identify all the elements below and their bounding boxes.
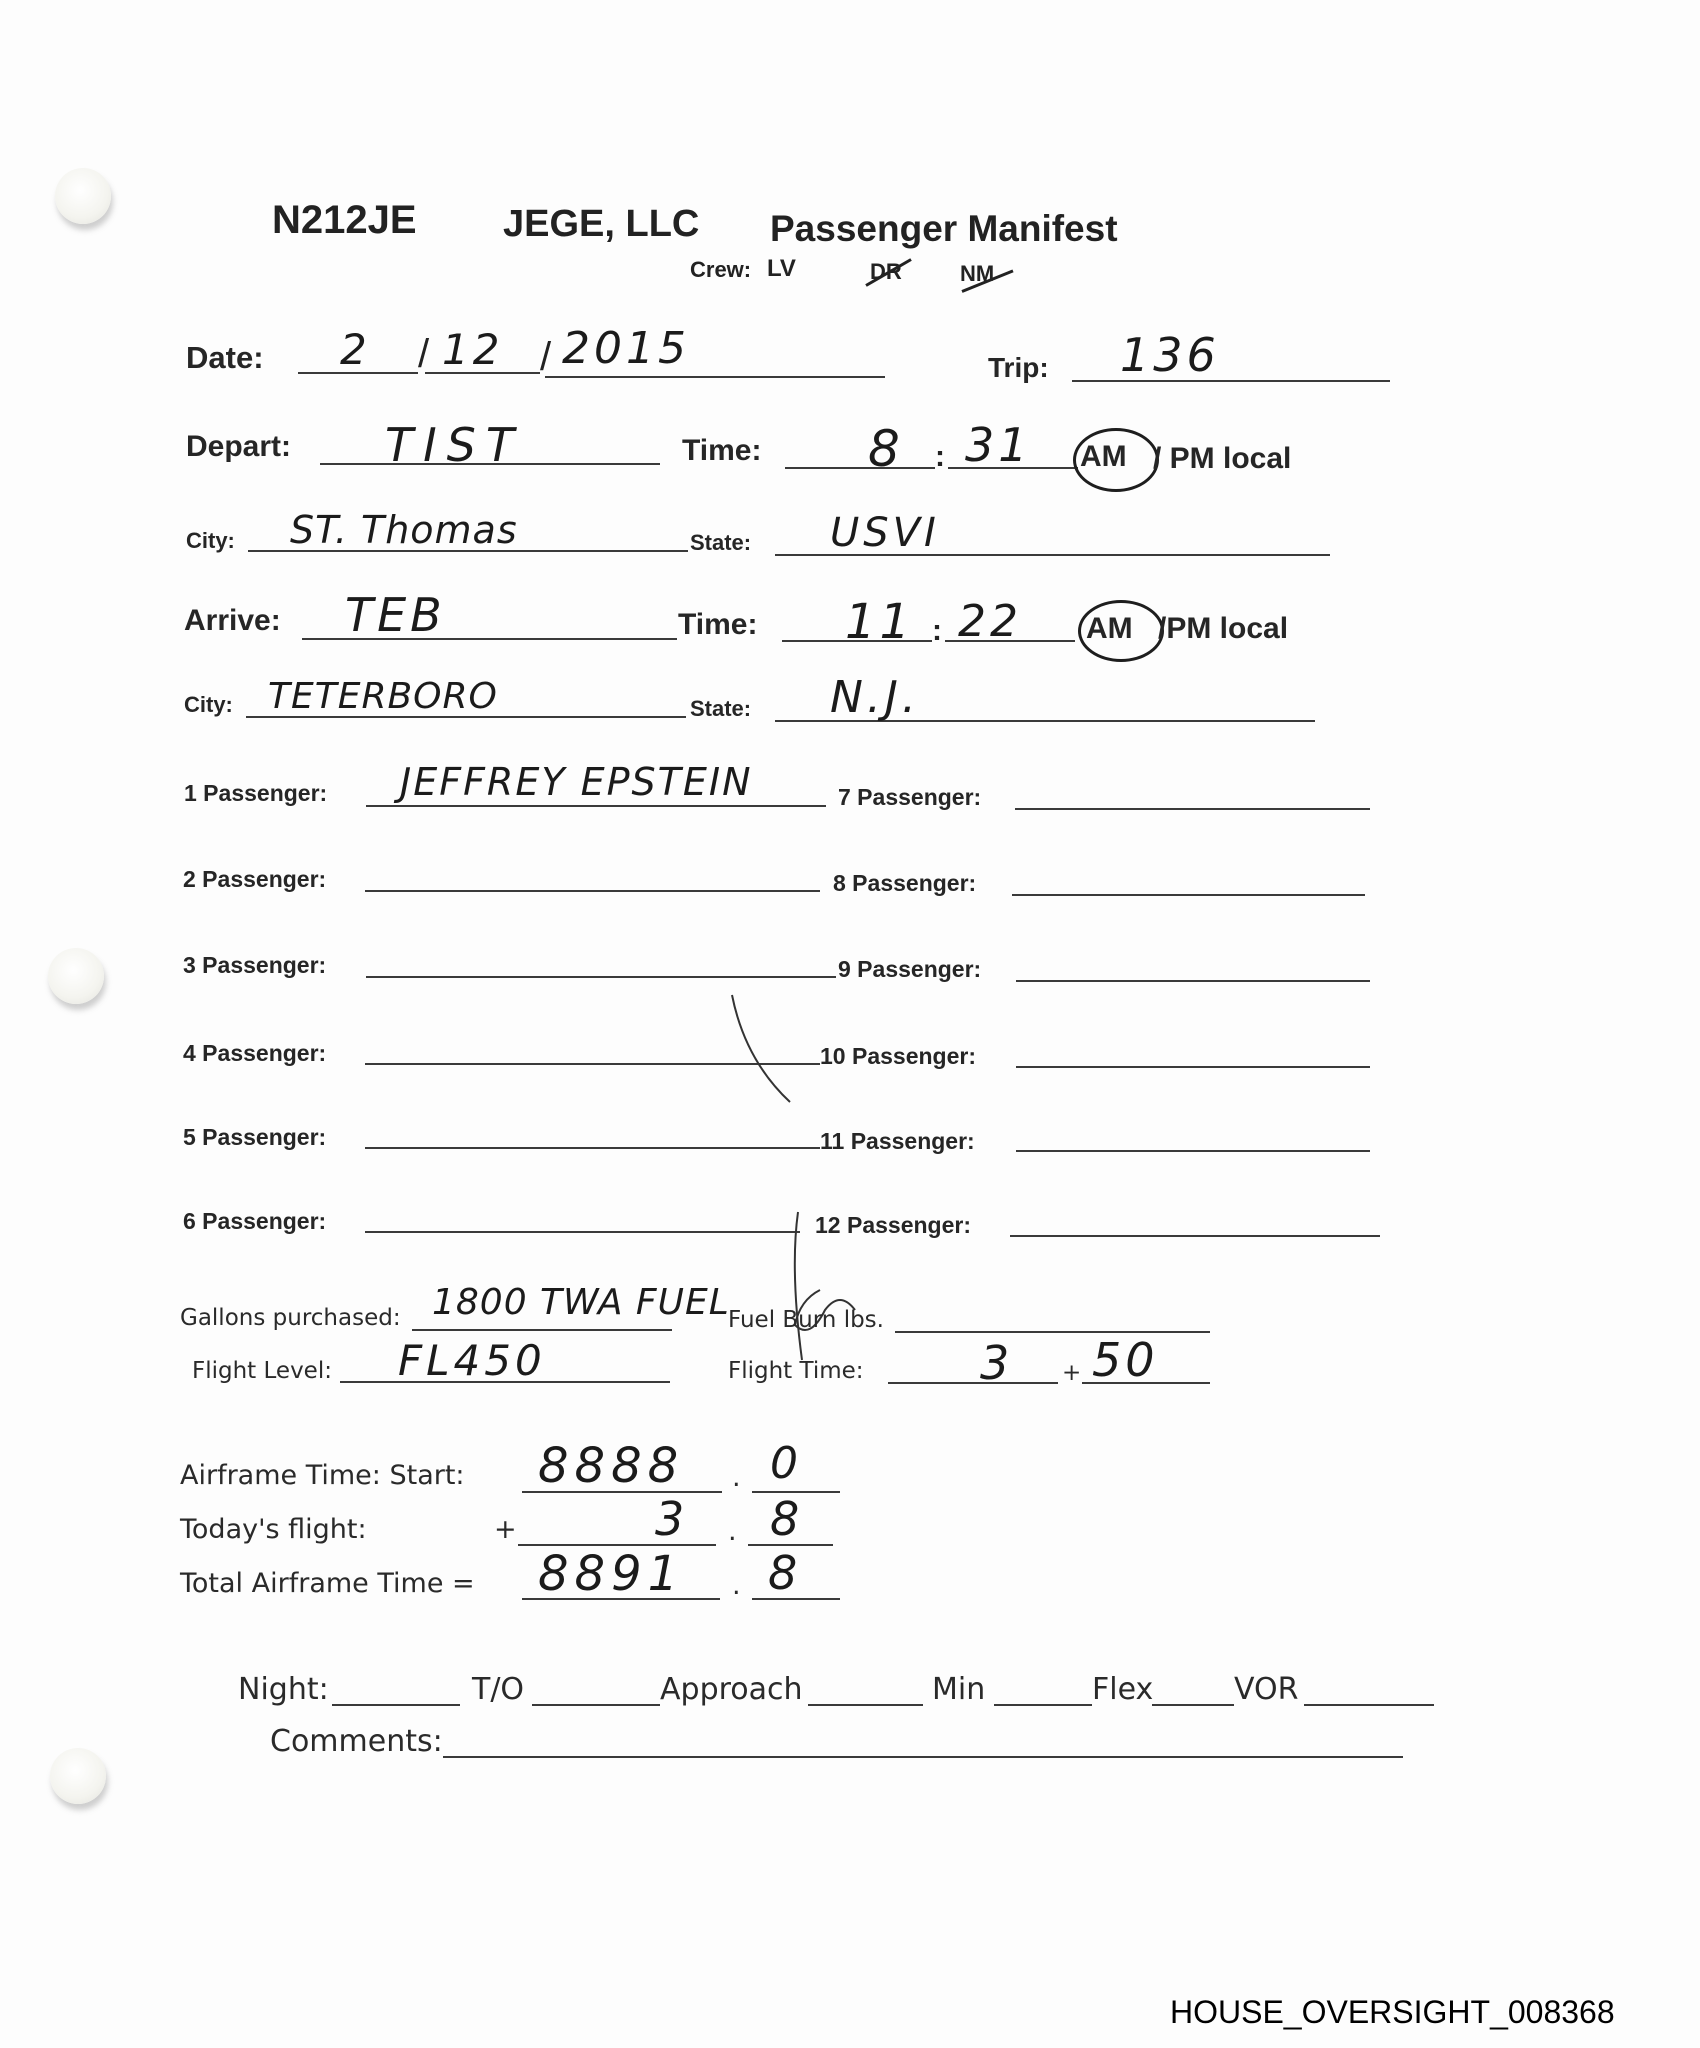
comments-label: Comments: [270,1724,443,1759]
depart-time-colon: : [935,440,945,474]
total-airframe-label: Total Airframe Time = [180,1568,475,1599]
flight-time-minutes[interactable]: 50 [1092,1333,1159,1387]
flight-time-hours-line [888,1382,1058,1384]
depart-minute-value[interactable]: 31 [965,418,1032,472]
crew-member-lv: LV [767,255,796,283]
passenger-5-line[interactable] [365,1147,820,1149]
date-label: Date: [186,340,264,376]
passenger-6-line[interactable] [365,1231,800,1233]
date-separator-2: / [540,335,551,380]
passenger-7-line[interactable] [1015,808,1370,810]
vor-line[interactable] [1304,1704,1434,1706]
todays-flight-label: Today's flight: [180,1514,367,1545]
arrive-am-circle [1078,600,1164,662]
depart-time-label: Time: [682,434,761,468]
crew-label: Crew: [690,257,751,283]
night-line[interactable] [332,1704,460,1706]
binder-hole-bottom [50,1748,106,1804]
passenger-6-label: 6 Passenger: [183,1208,326,1235]
passenger-1-label: 1 Passenger: [184,780,327,807]
flex-label: Flex [1092,1672,1153,1707]
fuel-burn-line[interactable] [895,1331,1210,1333]
passenger-1-line [366,805,826,807]
page-title: Passenger Manifest [770,208,1118,250]
trip-label: Trip: [988,352,1049,384]
binder-hole-middle [48,948,104,1004]
to-line[interactable] [532,1704,660,1706]
passenger-3-label: 3 Passenger: [183,952,326,979]
passenger-8-label: 8 Passenger: [833,870,976,897]
passenger-8-line[interactable] [1012,894,1365,896]
night-label: Night: [238,1672,329,1707]
airframe-start-decimal[interactable]: 0 [770,1438,802,1489]
depart-value[interactable]: TIST [385,418,524,472]
arrive-time-label: Time: [678,608,757,642]
gallons-label: Gallons purchased: [180,1305,401,1331]
passenger-9-line[interactable] [1016,980,1370,982]
passenger-5-label: 5 Passenger: [183,1124,326,1151]
depart-am-circle [1073,428,1159,492]
date-separator-1: / [418,332,429,377]
date-day-value[interactable]: 12 [442,325,503,374]
arrive-state-label: State: [690,696,751,722]
passenger-3-line[interactable] [366,976,836,978]
approach-label: Approach [660,1672,803,1707]
passenger-10-line[interactable] [1016,1066,1370,1068]
fuel-burn-label: Fuel Burn lbs. [728,1307,884,1333]
todays-flight-plus: + [494,1514,517,1545]
company-name: JEGE, LLC [503,203,699,246]
trip-value[interactable]: 136 [1120,328,1220,382]
arrive-hour-value[interactable]: 11 [845,594,914,650]
date-year-value[interactable]: 2015 [562,323,690,374]
to-label: T/O [472,1672,524,1707]
passenger-11-line[interactable] [1016,1150,1370,1152]
min-label: Min [932,1672,985,1707]
depart-label: Depart: [186,430,291,464]
depart-hour-line [785,467,935,469]
depart-city-label: City: [186,528,235,554]
passenger-7-label: 7 Passenger: [838,784,981,811]
passenger-10-label: 10 Passenger: [820,1043,976,1070]
passenger-2-line[interactable] [365,890,820,892]
flight-time-plus: + [1062,1360,1081,1386]
pen-stray-mark-2 [780,1210,900,1370]
passenger-4-label: 4 Passenger: [183,1040,326,1067]
todays-flight-whole[interactable]: 3 [655,1492,688,1546]
arrive-pm-local[interactable]: /PM local [1158,612,1288,646]
todays-flight-dot: . [728,1516,737,1547]
passenger-12-line[interactable] [1010,1235,1380,1237]
airframe-start-label: Airframe Time: Start: [180,1460,465,1491]
depart-hour-value[interactable]: 8 [868,420,904,478]
date-year-line [545,376,885,378]
todays-flight-decimal[interactable]: 8 [770,1492,803,1546]
flex-line[interactable] [1152,1704,1234,1706]
min-line[interactable] [994,1704,1092,1706]
gallons-value[interactable]: 1800 TWA FUEL [432,1282,730,1323]
passenger-2-label: 2 Passenger: [183,866,326,893]
arrive-minute-value[interactable]: 22 [958,596,1022,647]
gallons-line [412,1329,672,1331]
arrive-value[interactable]: TEB [345,588,446,642]
bates-number: HOUSE_OVERSIGHT_008368 [1170,1994,1615,2031]
arrive-city-label: City: [184,692,233,718]
passenger-11-label: 11 Passenger: [820,1128,975,1155]
binder-hole-top [55,168,111,224]
total-airframe-dot: . [732,1570,741,1601]
pen-stray-mark [720,990,820,1110]
depart-city-value[interactable]: ST. Thomas [290,508,518,552]
arrive-label: Arrive: [184,604,281,638]
comments-line[interactable] [443,1756,1403,1758]
tail-number: N212JE [272,198,417,243]
total-airframe-decimal[interactable]: 8 [768,1546,801,1600]
arrive-state-value[interactable]: N.J. [830,672,920,723]
airframe-start-dot: . [732,1462,741,1493]
date-month-value[interactable]: 2 [340,325,371,374]
flight-level-value[interactable]: FL450 [398,1336,546,1385]
arrive-city-value[interactable]: TETERBORO [268,676,498,717]
depart-state-value[interactable]: USVI [830,510,940,556]
airframe-start-whole[interactable]: 8888 [538,1438,684,1494]
flight-time-label: Flight Time: [728,1358,864,1384]
arrive-time-colon: : [932,614,942,648]
total-airframe-whole[interactable]: 8891 [538,1546,684,1602]
vor-label: VOR [1234,1672,1298,1707]
depart-pm-local[interactable]: / PM local [1153,442,1291,476]
flight-level-label: Flight Level: [192,1358,332,1384]
flight-time-hours[interactable]: 3 [980,1336,1013,1390]
depart-state-label: State: [690,530,751,556]
passenger-9-label: 9 Passenger: [838,956,981,983]
passenger-1-value[interactable]: JEFFREY EPSTEIN [400,760,753,804]
approach-line[interactable] [808,1704,923,1706]
